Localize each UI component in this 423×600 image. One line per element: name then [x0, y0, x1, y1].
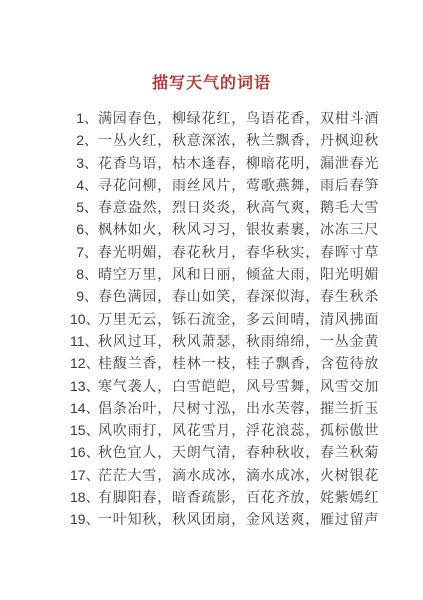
- item-text: 万里无云，铄石流金，多云间晴，清风拂面: [98, 311, 379, 327]
- item-text: 秋色宜人，天朗气清，春种秋收，春兰秋菊: [98, 444, 379, 460]
- item-text: 秋风过耳，秋风萧瑟，秋雨绵绵，一丛金黄: [98, 333, 379, 349]
- list-item: 18、有脚阳春，暗香疏影，百花齐放，姹紫嫣红: [70, 486, 403, 508]
- item-number: 1、: [70, 107, 98, 129]
- page-title: 描写天气的词语: [0, 70, 423, 93]
- list-item: 1、满园春色，柳绿花红，鸟语花香，双柑斗酒: [70, 107, 403, 129]
- list-item: 9、春色满园，春山如笑，春深似海，春生秋杀: [70, 285, 403, 307]
- list-item: 16、秋色宜人，天朗气清，春种秋收，春兰秋菊: [70, 441, 403, 463]
- item-text: 一叶知秋，秋风团扇，金风送爽，雁过留声: [98, 511, 379, 527]
- item-text: 有脚阳春，暗香疏影，百花齐放，姹紫嫣红: [98, 489, 379, 505]
- item-number: 7、: [70, 241, 98, 263]
- list-item: 4、寻花问柳，雨丝风片，莺歌燕舞，雨后春笋: [70, 174, 403, 196]
- item-number: 9、: [70, 285, 98, 307]
- item-text: 春意盎然，烈日炎炎，秋高气爽，鹅毛大雪: [98, 199, 379, 215]
- list-item: 5、春意盎然，烈日炎炎，秋高气爽，鹅毛大雪: [70, 196, 403, 218]
- item-number: 13、: [70, 375, 98, 397]
- list-item: 11、秋风过耳，秋风萧瑟，秋雨绵绵，一丛金黄: [70, 330, 403, 352]
- list-item: 10、万里无云，铄石流金，多云间晴，清风拂面: [70, 308, 403, 330]
- item-number: 6、: [70, 218, 98, 240]
- item-number: 14、: [70, 397, 98, 419]
- item-text: 倡条冶叶，尺树寸泓，出水芙蓉，摧兰折玉: [98, 400, 379, 416]
- item-text: 寻花问柳，雨丝风片，莺歌燕舞，雨后春笋: [98, 177, 379, 193]
- item-number: 3、: [70, 152, 98, 174]
- item-number: 19、: [70, 508, 98, 530]
- item-text: 一丛火红，秋意深浓，秋兰飘香，丹枫迎秋: [98, 132, 379, 148]
- item-number: 5、: [70, 196, 98, 218]
- item-text: 花香鸟语，枯木逢春，柳暗花明，漏泄春光: [98, 155, 379, 171]
- list-item: 7、春光明媚，春花秋月，春华秋实，春晖寸草: [70, 241, 403, 263]
- item-text: 风吹雨打，风花雪月，浮花浪蕊，孤标傲世: [98, 422, 379, 438]
- item-number: 4、: [70, 174, 98, 196]
- list-item: 14、倡条冶叶，尺树寸泓，出水芙蓉，摧兰折玉: [70, 397, 403, 419]
- document-page: 描写天气的词语 1、满园春色，柳绿花红，鸟语花香，双柑斗酒2、一丛火红，秋意深浓…: [0, 0, 423, 600]
- item-number: 10、: [70, 308, 98, 330]
- item-number: 12、: [70, 352, 98, 374]
- item-number: 16、: [70, 441, 98, 463]
- list-item: 3、花香鸟语，枯木逢春，柳暗花明，漏泄春光: [70, 152, 403, 174]
- list-item: 8、晴空万里，风和日丽，倾盆大雨，阳光明媚: [70, 263, 403, 285]
- list-item: 15、风吹雨打，风花雪月，浮花浪蕊，孤标傲世: [70, 419, 403, 441]
- item-number: 8、: [70, 263, 98, 285]
- item-number: 11、: [70, 330, 98, 352]
- item-text: 春光明媚，春花秋月，春华秋实，春晖寸草: [98, 244, 379, 260]
- list-item: 19、一叶知秋，秋风团扇，金风送爽，雁过留声: [70, 508, 403, 530]
- item-text: 茫茫大雪，滴水成冰，滴水成冰，火树银花: [98, 467, 379, 483]
- word-list: 1、满园春色，柳绿花红，鸟语花香，双柑斗酒2、一丛火红，秋意深浓，秋兰飘香，丹枫…: [70, 107, 403, 531]
- item-number: 17、: [70, 464, 98, 486]
- item-number: 18、: [70, 486, 98, 508]
- item-text: 桂馥兰香，桂林一枝，桂子飘香，含苞待放: [98, 355, 379, 371]
- list-item: 13、寒气袭人，白雪皑皑，风号雪舞，风雪交加: [70, 375, 403, 397]
- item-text: 寒气袭人，白雪皑皑，风号雪舞，风雪交加: [98, 378, 379, 394]
- item-number: 2、: [70, 129, 98, 151]
- item-text: 晴空万里，风和日丽，倾盆大雨，阳光明媚: [98, 266, 379, 282]
- item-text: 枫林如火，秋风习习，银妆素裹，冰冻三尺: [98, 221, 379, 237]
- list-item: 17、茫茫大雪，滴水成冰，滴水成冰，火树银花: [70, 464, 403, 486]
- list-item: 6、枫林如火，秋风习习，银妆素裹，冰冻三尺: [70, 218, 403, 240]
- list-item: 2、一丛火红，秋意深浓，秋兰飘香，丹枫迎秋: [70, 129, 403, 151]
- item-number: 15、: [70, 419, 98, 441]
- list-item: 12、桂馥兰香，桂林一枝，桂子飘香，含苞待放: [70, 352, 403, 374]
- item-text: 满园春色，柳绿花红，鸟语花香，双柑斗酒: [98, 110, 379, 126]
- item-text: 春色满园，春山如笑，春深似海，春生秋杀: [98, 288, 379, 304]
